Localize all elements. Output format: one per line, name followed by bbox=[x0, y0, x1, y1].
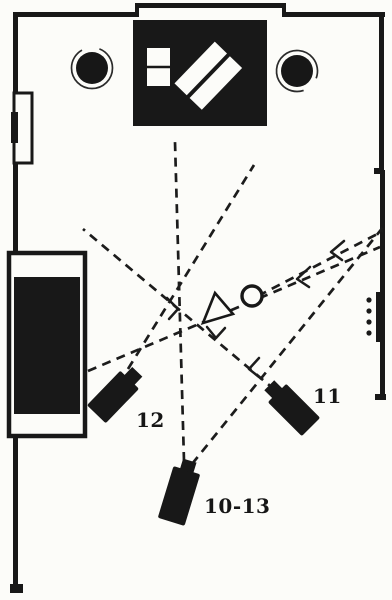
camera-12-label: 12 bbox=[136, 408, 165, 432]
top-wall-right bbox=[284, 12, 385, 17]
right-wall-lower bbox=[380, 170, 385, 400]
camera-11-label: 11 bbox=[313, 384, 342, 408]
desk-table bbox=[133, 20, 267, 126]
right-wall-door-jamb bbox=[376, 292, 385, 342]
couch-seat bbox=[14, 277, 80, 414]
right-wall-upper bbox=[379, 12, 384, 172]
left-wall-foot bbox=[10, 584, 23, 593]
camera-10-13 bbox=[158, 457, 203, 526]
top-wall-alcove bbox=[135, 3, 286, 8]
floor-plan-svg: 12 11 10-13 bbox=[0, 0, 392, 600]
sight-line-couch-to-door bbox=[88, 247, 380, 371]
sight-line-10-13-vertical bbox=[175, 142, 184, 461]
alcove-jog-left bbox=[135, 3, 139, 17]
circle-marker bbox=[242, 286, 262, 306]
couch-left bbox=[9, 253, 85, 436]
camera-sight-lines bbox=[83, 142, 384, 464]
arrowhead-right bbox=[167, 298, 178, 319]
triangle-marker bbox=[203, 293, 233, 323]
top-wall-left bbox=[13, 12, 139, 17]
fireplace-damper bbox=[11, 112, 18, 143]
sight-line-12 bbox=[128, 165, 254, 369]
floor-plan-figure: 12 11 10-13 bbox=[0, 0, 392, 600]
camera-10-13-label: 10-13 bbox=[204, 494, 270, 518]
sight-line-circle-to-wall bbox=[258, 231, 383, 296]
stool-left bbox=[72, 48, 113, 89]
door-hinge-dots bbox=[366, 297, 371, 335]
stool-right bbox=[268, 42, 326, 100]
right-wall-foot bbox=[375, 394, 386, 400]
